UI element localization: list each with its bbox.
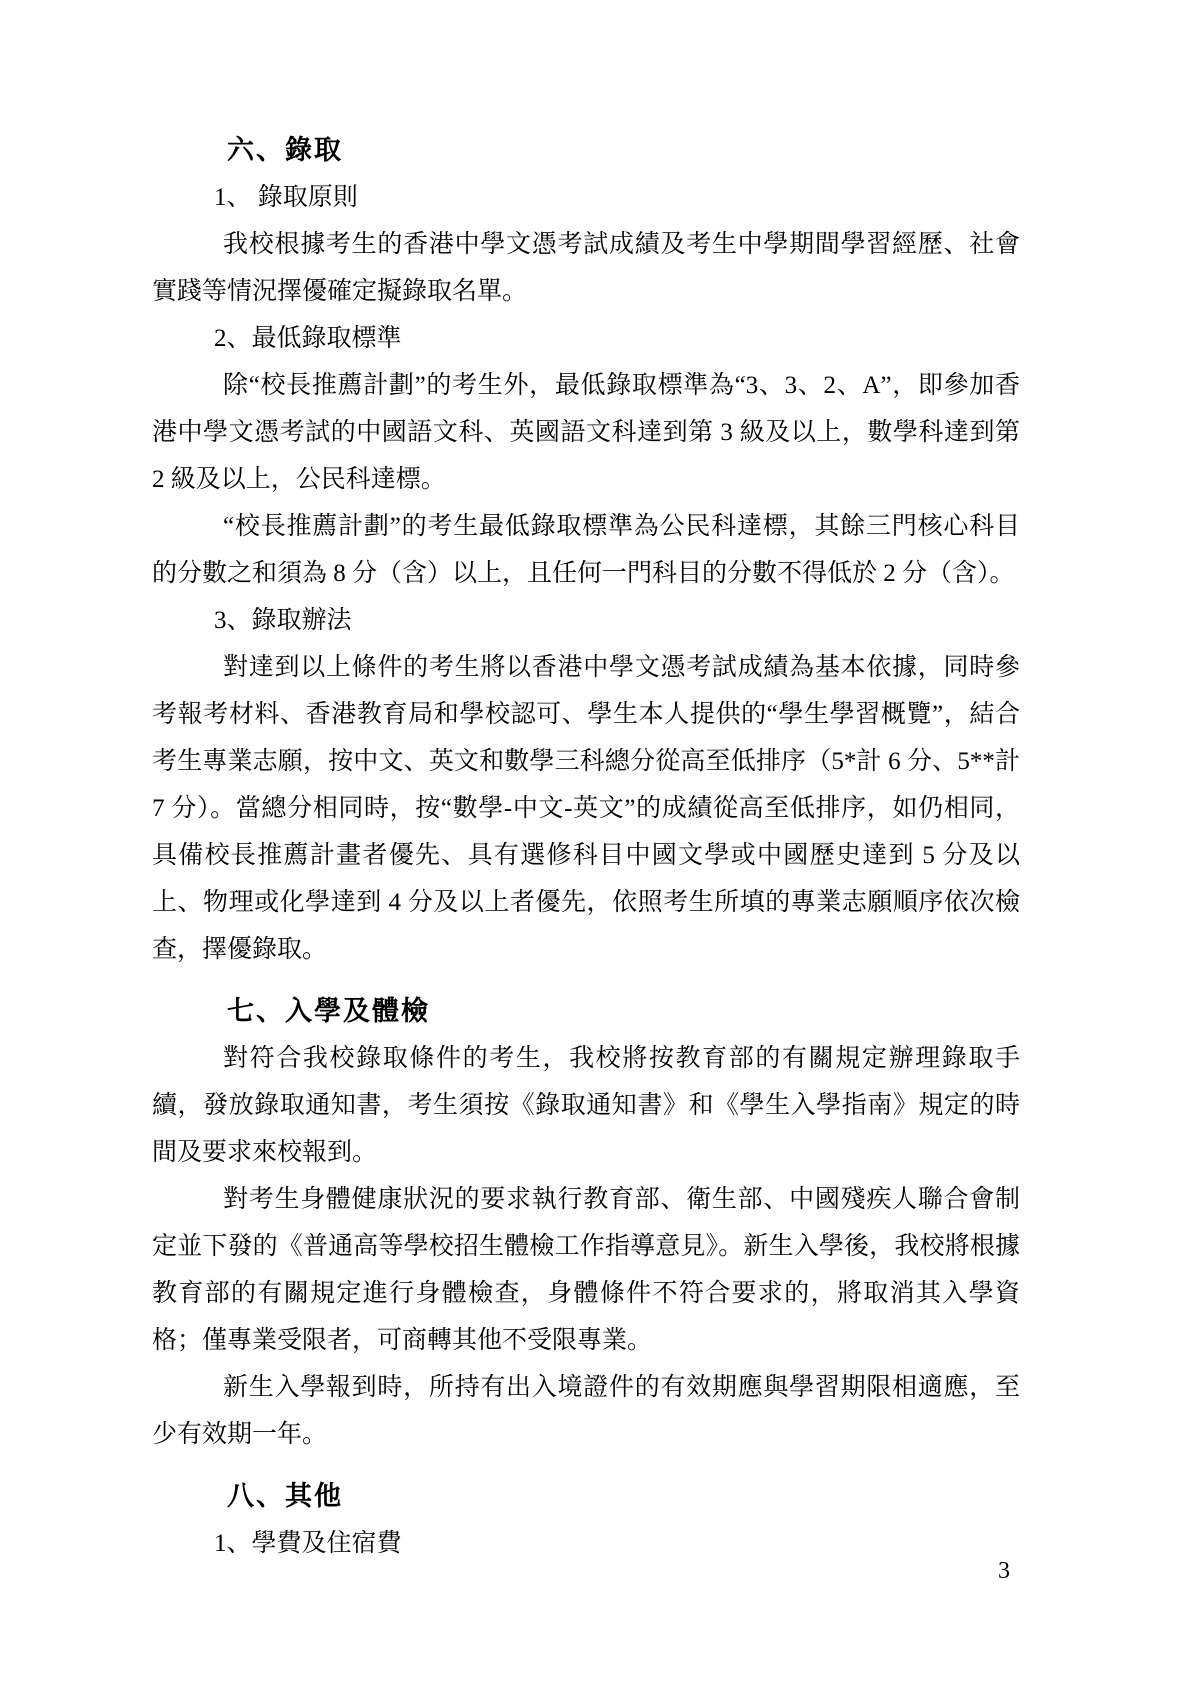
document-page-content: 六、錄取 1、 錄取原則 我校根據考生的香港中學文憑考試成績及考生中學期間學習經… xyxy=(152,127,1020,1567)
numbered-subheading-admission-method: 3、錄取辦法 xyxy=(214,597,1020,644)
section-heading-admission: 六、錄取 xyxy=(227,127,1020,174)
section-heading-enrollment-physical-exam: 七、入學及體檢 xyxy=(227,988,1020,1035)
numbered-subheading-admission-principle: 1、 錄取原則 xyxy=(214,174,1020,221)
page-number: 3 xyxy=(998,1556,1010,1586)
paragraph-principal-recommendation-standard: “校長推薦計劃”的考生最低錄取標準為公民科達標，其餘三門核心科目的分數之和須為 … xyxy=(152,503,1020,597)
paragraph-admission-notice: 對符合我校錄取條件的考生，我校將按教育部的有關規定辦理錄取手續，發放錄取通知書，… xyxy=(152,1035,1020,1176)
paragraph-admission-principle: 我校根據考生的香港中學文憑考試成績及考生中學期間學習經歷、社會實踐等情況擇優確定… xyxy=(152,221,1020,315)
section-heading-others: 八、其他 xyxy=(227,1473,1020,1520)
numbered-subheading-minimum-standard: 2、最低錄取標準 xyxy=(214,315,1020,362)
paragraph-minimum-standard: 除“校長推薦計劃”的考生外，最低錄取標準為“3、3、2、A”，即參加香港中學文憑… xyxy=(152,362,1020,503)
numbered-subheading-tuition-accommodation: 1、學費及住宿費 xyxy=(214,1520,1020,1567)
paragraph-admission-method: 對達到以上條件的考生將以香港中學文憑考試成績為基本依據，同時參考報考材料、香港教… xyxy=(152,644,1020,973)
paragraph-entry-documents: 新生入學報到時，所持有出入境證件的有效期應與學習期限相適應，至少有效期一年。 xyxy=(152,1364,1020,1458)
paragraph-health-requirements: 對考生身體健康狀況的要求執行教育部、衛生部、中國殘疾人聯合會制定並下發的《普通高… xyxy=(152,1176,1020,1364)
